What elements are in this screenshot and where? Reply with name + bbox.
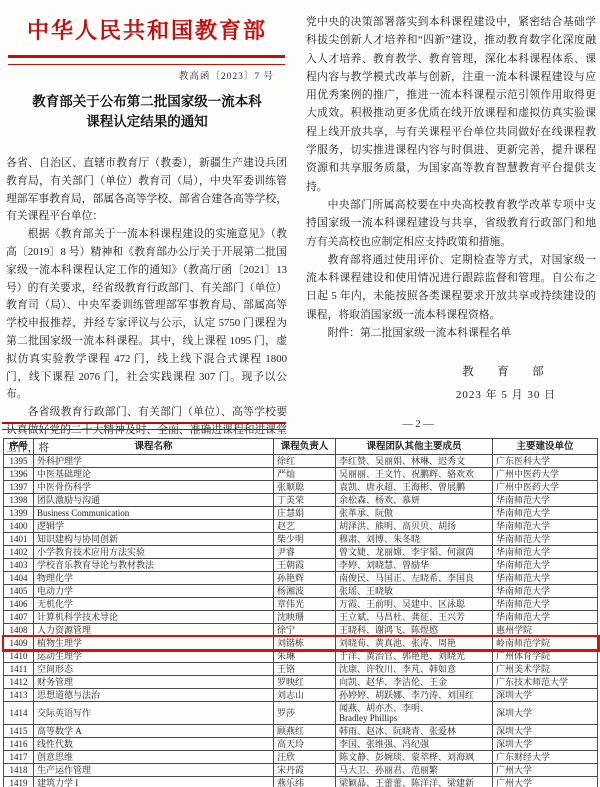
column-header-3: 课程团队其他主要成员 (336, 439, 493, 455)
cell-no: 1403 (4, 559, 34, 572)
cell-leader: 燕乐纬 (274, 777, 336, 787)
cell-leader: 章伟光 (274, 598, 336, 611)
table-row: 1410运动生理学朱琳于洋、黄治官、郭艳艳、刘晓光广州体育学院 (4, 650, 598, 663)
cell-unit: 广州中医药大学 (493, 468, 598, 481)
cell-team: 吴丽丽、王文竹、祝鹏辉、骆欢欢 (336, 468, 493, 481)
cell-leader: 张顺聪 (274, 481, 336, 494)
cell-unit: 华南师范大学 (493, 572, 598, 585)
cell-leader: 徐宁 (274, 624, 336, 637)
signature-date: 2023 年 5 月 30 日 (416, 386, 596, 404)
cell-course: 逻辑学 (34, 520, 274, 533)
cell-course: 建筑力学 I (34, 777, 274, 787)
table-row: 1396中医基础理论严灿吴丽丽、王文竹、祝鹏辉、骆欢欢广州中医药大学 (4, 468, 598, 481)
paragraph-addressees: 各省、自治区、直辖市教育厅（教委），新疆生产建设兵团教育局，有关部门（单位）教育… (6, 155, 287, 226)
cell-no: 1398 (4, 494, 34, 507)
table-row: 1408人力资源管理徐宁王晓科、谢鸿飞、陈煜愍惠州学院 (4, 624, 598, 637)
column-header-0: 序号 (4, 439, 34, 455)
signer-name: 教 育 部 (416, 363, 596, 381)
cell-leader: 丁美荣 (274, 494, 336, 507)
notice-left-column: 各省、自治区、直辖市教育厅（教委），新疆生产建设兵团教育局，有关部门（单位）教育… (6, 155, 287, 458)
cell-unit: 岭南师范学院 (493, 637, 598, 650)
cell-course: 团队激励与沟通 (34, 494, 274, 507)
cell-leader: 王朝霞 (274, 559, 336, 572)
cell-leader: 杨湘波 (274, 585, 336, 598)
cell-leader: 朱琳 (274, 650, 336, 663)
cell-leader: 宋丹霞 (274, 764, 336, 777)
page-number: — 2 — (388, 419, 448, 430)
cell-unit: 广州美术学院 (493, 663, 598, 676)
course-table-header-row: 序号课程名称课程负责人课程团队其他主要成员主要建设单位 (4, 439, 598, 455)
signature-block: 教 育 部 2023 年 5 月 30 日 (416, 363, 596, 404)
attachment-line: 附件：第二批国家级一流本科课程名单 (306, 324, 596, 342)
table-row: 1416线性代数高天玲李国、张维强、冯纪强深圳大学 (4, 738, 598, 751)
cell-no: 1399 (4, 507, 34, 520)
table-row: 1419建筑力学 I燕乐纬梁颖晶、王蕾蕾、陈洋洋、梁建新广州大学 (4, 777, 598, 787)
notice-title-line2: 课程认定结果的通知 (8, 112, 286, 132)
cell-no: 1410 (4, 650, 34, 663)
course-table-body: 1395外科护理学徐红李红赞、吴丽娟、林琳、迟秀文广东医科大学1396中医基础理… (4, 455, 598, 787)
paragraph-recognition: 根据《教育部关于一流本科课程建设的实施意见》（教高〔2019〕8 号）精神和《教… (6, 226, 287, 404)
cell-course: 人力资源管理 (34, 624, 274, 637)
table-row: 1404物理化学孙艳辉南俊民、马国正、左晓希、李国良华南师范大学 (4, 572, 598, 585)
paragraph-requirements-cont: 党中央的决策部署落实到本科课程建设中，紧密结合基础学科拔尖创新人才培养和“四新”… (306, 13, 596, 196)
letterhead-title: 中华人民共和国教育部 (8, 14, 286, 45)
table-row: 1395外科护理学徐红李红赞、吴丽娟、林琳、迟秀文广东医科大学 (4, 455, 598, 468)
cell-unit: 广州大学 (493, 777, 598, 787)
cell-leader: 庄慧娟 (274, 507, 336, 520)
table-row: 1397中医骨伤科学张顺聪袁凯、唐永超、王海彬、曾展鹏广州中医药大学 (4, 481, 598, 494)
cell-team: 梁颖晶、王蕾蕾、陈洋洋、梁建新 (336, 777, 493, 787)
cell-team: 胡泽洪、熊明、高贝贝、胡扬 (336, 520, 493, 533)
cell-course: Business Communication (34, 507, 274, 520)
table-row: 1399Business Communication庄慧娟张革承、阮傲华南师范大… (4, 507, 598, 520)
cell-no: 1406 (4, 598, 34, 611)
table-row: 1407计算机科学技术导论沈映珊王立斌、马昌杜、龚征、王兴芳华南师范大学 (4, 611, 598, 624)
notice-right-column: 党中央的决策部署落实到本科课程建设中，紧密结合基础学科拔尖创新人才培养和“四新”… (306, 13, 596, 404)
cell-unit: 广东技术师范大学 (493, 676, 598, 689)
cell-unit: 华南师范大学 (493, 598, 598, 611)
cell-team: 马大卫、孙丽君、范丽繁 (336, 764, 493, 777)
cell-team: 余松森、杨欢、慕妍 (336, 494, 493, 507)
cell-no: 1408 (4, 624, 34, 637)
cell-unit: 广州大学 (493, 764, 598, 777)
cell-no: 1405 (4, 585, 34, 598)
column-header-4: 主要建设单位 (493, 439, 598, 455)
cell-team: 王晓科、谢鸿飞、陈煜愍 (336, 624, 493, 637)
table-row: 1411空间形态王铬沈康、许牧川、李芃、韩如意广州美术学院 (4, 663, 598, 676)
cell-course: 财务管理 (34, 676, 274, 689)
cell-leader: 严灿 (274, 468, 336, 481)
cell-no: 1413 (4, 689, 34, 702)
cell-no: 1415 (4, 725, 34, 738)
course-table-wrapper: 序号课程名称课程负责人课程团队其他主要成员主要建设单位 1395外科护理学徐红李… (3, 438, 597, 787)
table-row: 1414交际英语写作罗莎闻燕、胡亦杰、李明、 Bradley Phillips深… (4, 702, 598, 725)
letterhead-double-rule (8, 55, 285, 65)
cell-no: 1412 (4, 676, 34, 689)
cell-course: 外科护理学 (34, 455, 274, 468)
cell-no: 1402 (4, 546, 34, 559)
cell-team: 张革承、阮傲 (336, 507, 493, 520)
cell-unit: 广州体育学院 (493, 650, 598, 663)
cell-team: 李红赞、吴丽娟、林琳、迟秀文 (336, 455, 493, 468)
cell-team: 李国、张维强、冯纪强 (336, 738, 493, 751)
cell-team: 沈康、许牧川、李芃、韩如意 (336, 663, 493, 676)
footer-double-rule (2, 422, 286, 430)
cell-course: 无机化学 (34, 598, 274, 611)
cell-course: 学校音乐教育导论与教材教法 (34, 559, 274, 572)
cell-leader: 孙艳辉 (274, 572, 336, 585)
cell-leader: 刘志山 (274, 689, 336, 702)
table-row: 1403学校音乐教育导论与教材教法王朝霞李婷、刘晓慧、曾励华华南师范大学 (4, 559, 598, 572)
cell-team: 袁凯、唐永超、王海彬、曾展鹏 (336, 481, 493, 494)
cell-no: 1411 (4, 663, 34, 676)
cell-team: 南俊民、马国正、左晓希、李国良 (336, 572, 493, 585)
cell-course: 知识建构与协同创新 (34, 533, 274, 546)
cell-course: 计算机科学技术导论 (34, 611, 274, 624)
cell-unit: 广东财经大学 (493, 751, 598, 764)
cell-leader: 刘锴栋 (274, 637, 336, 650)
cell-unit: 深圳大学 (493, 689, 598, 702)
cell-team: 刘晓荀、黄真池、张涛、周艳 (336, 637, 493, 650)
cell-leader: 高天玲 (274, 738, 336, 751)
cell-unit: 深圳大学 (493, 738, 598, 751)
paragraph-central-support: 中央部门所属高校要在中央高校教育教学改革专项中支持国家级一流本科课程建设与共享，… (306, 196, 596, 251)
cell-team: 孙婷婷、胡跃娜、李乃涛、刘国红 (336, 689, 493, 702)
cell-course: 植物生理学 (34, 637, 274, 650)
cell-team: 闻燕、胡亦杰、李明、 Bradley Phillips (336, 702, 493, 725)
cell-no: 1400 (4, 520, 34, 533)
cell-course: 创意思维 (34, 751, 274, 764)
cell-course: 电动力学 (34, 585, 274, 598)
cell-team: 穆肃、刘博、朱冬晓 (336, 533, 493, 546)
course-table: 序号课程名称课程负责人课程团队其他主要成员主要建设单位 1395外科护理学徐红李… (3, 438, 598, 787)
paragraph-supervision: 教育部将通过使用评价、定期检查等方式，对国家级一流本科课程建设和使用情况进行跟踪… (306, 251, 596, 324)
cell-leader: 赵艺 (274, 520, 336, 533)
cell-course: 中医骨伤科学 (34, 481, 274, 494)
table-row-highlighted: 1409植物生理学刘锴栋刘晓荀、黄真池、张涛、周艳岭南师范学院 (4, 637, 598, 650)
cell-unit: 华南师范大学 (493, 533, 598, 546)
table-row: 1415高等数学 A顾燕红韩雨、赵冰、阮晓青、张爱林深圳大学 (4, 725, 598, 738)
cell-leader: 徐红 (274, 455, 336, 468)
cell-no: 1409 (4, 637, 34, 650)
cell-unit: 深圳大学 (493, 702, 598, 725)
cell-unit: 华南师范大学 (493, 546, 598, 559)
cell-unit: 华南师范大学 (493, 520, 598, 533)
cell-no: 1395 (4, 455, 34, 468)
document-number: 教高函〔2023〕7 号 (8, 68, 274, 82)
cell-team: 王立斌、马昌杜、龚征、王兴芳 (336, 611, 493, 624)
cell-course: 空间形态 (34, 663, 274, 676)
cell-team: 向凯、赵华、李洁伦、王金 (336, 676, 493, 689)
table-row: 1413思想道德与法治刘志山孙婷婷、胡跃娜、李乃涛、刘国红深圳大学 (4, 689, 598, 702)
cell-unit: 广东医科大学 (493, 455, 598, 468)
cell-unit: 华南师范大学 (493, 559, 598, 572)
cell-course: 生产运作管理 (34, 764, 274, 777)
cell-leader: 罗映红 (274, 676, 336, 689)
cell-team: 曾文婕、龙丽嫦、李宇韬、何淑茵 (336, 546, 493, 559)
cell-leader: 沈映珊 (274, 611, 336, 624)
cell-unit: 惠州学院 (493, 624, 598, 637)
notice-title: 教育部关于公布第二批国家级一流本科 课程认定结果的通知 (8, 92, 286, 132)
table-row: 1406无机化学章伟光万霞、王前明、吴建中、区泳聪华南师范大学 (4, 598, 598, 611)
column-header-1: 课程名称 (34, 439, 274, 455)
cell-no: 1419 (4, 777, 34, 787)
table-row: 1405电动力学杨湘波张瑶、王晓敏华南师范大学 (4, 585, 598, 598)
table-row: 1418生产运作管理宋丹霞马大卫、孙丽君、范丽繁广州大学 (4, 764, 598, 777)
cell-team: 李婷、刘晓慧、曾励华 (336, 559, 493, 572)
column-header-2: 课程负责人 (274, 439, 336, 455)
cell-unit: 华南师范大学 (493, 611, 598, 624)
cell-team: 张瑶、王晓敏 (336, 585, 493, 598)
cell-no: 1416 (4, 738, 34, 751)
cell-no: 1418 (4, 764, 34, 777)
cell-team: 韩雨、赵冰、阮晓青、张爱林 (336, 725, 493, 738)
cell-no: 1407 (4, 611, 34, 624)
cell-leader: 顾燕红 (274, 725, 336, 738)
cell-course: 中医基础理论 (34, 468, 274, 481)
cell-team: 于洋、黄治官、郭艳艳、刘晓光 (336, 650, 493, 663)
table-row: 1402小学教育技术应用方法实验尹睿曾文婕、龙丽嫦、李宇韬、何淑茵华南师范大学 (4, 546, 598, 559)
cell-leader: 罗莎 (274, 702, 336, 725)
table-row: 1417创意思维汪欣陈文静、彭婉琰、蒙萃桦、刘海飒广东财经大学 (4, 751, 598, 764)
cell-team: 陈文静、彭婉琰、蒙萃桦、刘海飒 (336, 751, 493, 764)
cell-no: 1397 (4, 481, 34, 494)
table-row: 1398团队激励与沟通丁美荣余松森、杨欢、慕妍华南师范大学 (4, 494, 598, 507)
cell-course: 运动生理学 (34, 650, 274, 663)
document-page: 中华人民共和国教育部 教高函〔2023〕7 号 教育部关于公布第二批国家级一流本… (0, 0, 600, 787)
notice-title-line1: 教育部关于公布第二批国家级一流本科 (8, 92, 286, 112)
cell-course: 高等数学 A (34, 725, 274, 738)
cell-no: 1401 (4, 533, 34, 546)
cell-no: 1414 (4, 702, 34, 725)
cell-course: 物理化学 (34, 572, 274, 585)
table-row: 1401知识建构与协同创新柴少明穆肃、刘博、朱冬晓华南师范大学 (4, 533, 598, 546)
cell-leader: 柴少明 (274, 533, 336, 546)
cell-unit: 深圳大学 (493, 725, 598, 738)
cell-leader: 王铬 (274, 663, 336, 676)
cell-leader: 汪欣 (274, 751, 336, 764)
cell-unit: 广州中医药大学 (493, 481, 598, 494)
cell-course: 线性代数 (34, 738, 274, 751)
cell-unit: 华南师范大学 (493, 494, 598, 507)
cell-leader: 尹睿 (274, 546, 336, 559)
cell-no: 1404 (4, 572, 34, 585)
table-row: 1412财务管理罗映红向凯、赵华、李洁伦、王金广东技术师范大学 (4, 676, 598, 689)
cell-course: 交际英语写作 (34, 702, 274, 725)
cell-team: 万霞、王前明、吴建中、区泳聪 (336, 598, 493, 611)
table-row: 1400逻辑学赵艺胡泽洪、熊明、高贝贝、胡扬华南师范大学 (4, 520, 598, 533)
cell-course: 小学教育技术应用方法实验 (34, 546, 274, 559)
cell-no: 1396 (4, 468, 34, 481)
cell-no: 1417 (4, 751, 34, 764)
cell-unit: 华南师范大学 (493, 585, 598, 598)
cell-unit: 华南师范大学 (493, 507, 598, 520)
cell-course: 思想道德与法治 (34, 689, 274, 702)
